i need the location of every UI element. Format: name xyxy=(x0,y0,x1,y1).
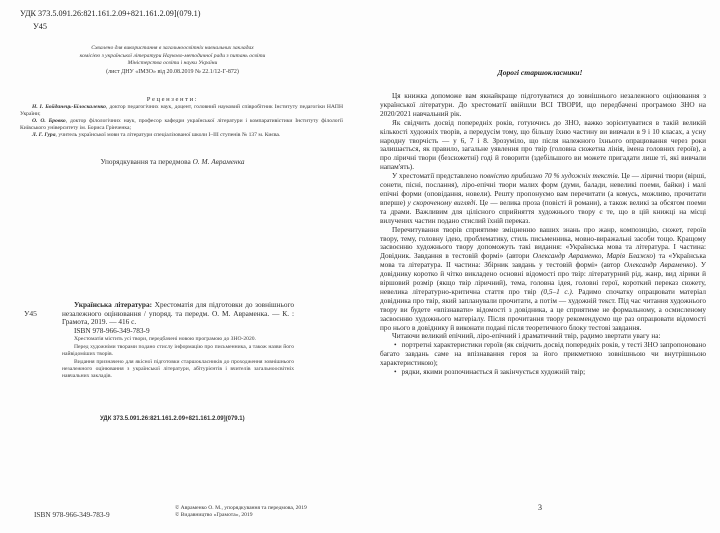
paragraph: Ця книжка допоможе вам якнайкраще підгот… xyxy=(380,92,706,119)
emphasis: Олександр Авраменко xyxy=(624,261,693,269)
catalog-card-title: Українська література: Хрестоматія для п… xyxy=(62,301,294,327)
paragraph: Перечитування творів сприятиме зміцненню… xyxy=(380,226,706,333)
emphasis: Олександр Авраменко xyxy=(533,252,602,260)
preface-title: Дорогі старшокласники! xyxy=(360,68,720,77)
book-spread: УДК 373.5.091.26:821.161.2.09+821.161.2.… xyxy=(0,0,720,533)
catalog-card-note: Хрестоматія містить усі твори, передбаче… xyxy=(62,336,294,343)
catalog-card: Українська література: Хрестоматія для п… xyxy=(62,301,294,380)
approval-notice: Схвалено для використання в загальноосві… xyxy=(40,45,305,76)
preface-body: Ця книжка допоможе вам якнайкраще підгот… xyxy=(380,92,706,377)
compiler-credit: Упорядкування та передмова О. М. Аврамен… xyxy=(0,157,345,166)
reviewer-entry: Н. І. Бойданець-Білоскаленко, доктор пед… xyxy=(20,104,343,118)
reviewers-heading: Рецензенти: xyxy=(0,96,345,103)
copyright-line: © Видавництво «Грамота», 2019 xyxy=(175,512,307,519)
approval-line: комісією з української літератури Науков… xyxy=(40,53,305,61)
paragraph: Як свідчить досвід попередніх років, гот… xyxy=(380,119,706,172)
reviewer-name: О. О. Бровко xyxy=(32,118,66,124)
approval-letter: (лист ДНУ «ІМЗО» від 20.08.2019 № 22.1/1… xyxy=(40,69,305,77)
catalog-card-note: Видання призначено для якісної підготовк… xyxy=(62,359,294,380)
catalog-card-code: У45 xyxy=(24,309,37,318)
bullet-item: портретні характеристики героїв (як свід… xyxy=(380,341,706,368)
paragraph: Читаючи великий епічний, ліро-епічний і … xyxy=(380,332,706,341)
approval-line: Схвалено для використання в загальноосві… xyxy=(40,45,305,53)
udk-code-bottom: УДК 373.5.091.26:821.161.2.09+821.161.2.… xyxy=(100,416,245,422)
reviewer-desc: , учитель української мови та літератури… xyxy=(56,132,281,138)
compiler-prefix: Упорядкування та передмова xyxy=(100,157,190,166)
reviewer-entry: О. О. Бровко, доктор філологічних наук, … xyxy=(20,118,343,132)
catalog-card-isbn: ISBN 978-966-349-783-9 xyxy=(62,327,294,336)
emphasis: у скороченому вигляді xyxy=(408,199,476,207)
right-page: Дорогі старшокласники! Ця книжка допомож… xyxy=(360,0,720,533)
text-run: У хрестоматії представлено xyxy=(392,172,480,180)
reviewer-entry: Л. Г. Гура, учитель української мови та … xyxy=(20,132,343,139)
left-page: УДК 373.5.091.26:821.161.2.09+821.161.2.… xyxy=(0,0,355,533)
reviewers-list: Н. І. Бойданець-Білоскаленко, доктор пед… xyxy=(20,104,343,139)
compiler-name: О. М. Авраменка xyxy=(193,157,245,166)
approval-line: Міністерства освіти і науки України xyxy=(40,60,305,68)
paragraph: У хрестоматії представлено повністю приб… xyxy=(380,172,706,225)
bullet-item: рядки, якими розпочинається й закінчуєть… xyxy=(380,368,706,377)
emphasis: Марія Блажко xyxy=(607,252,653,260)
reviewer-name: Н. І. Бойданець-Білоскаленко xyxy=(32,104,106,110)
author-mark-top: У45 xyxy=(33,22,47,31)
page-number: 3 xyxy=(360,503,720,512)
catalog-card-note: Перед художніми творами подано стислу ін… xyxy=(62,344,294,358)
emphasis: повністю приблизно 70 % художніх текстів xyxy=(480,172,618,180)
isbn-bottom: ISBN 978-966-349-783-9 xyxy=(34,510,110,519)
emphasis: (0,5–1 с.) xyxy=(541,288,572,296)
copyright-line: © Авраменко О. М., упорядкування та пере… xyxy=(175,505,307,512)
reviewer-desc: , доктор філологічних наук, професор каф… xyxy=(20,118,343,131)
udk-code-top: УДК 373.5.091.26:821.161.2.09+821.161.2.… xyxy=(20,9,201,19)
bullet-list: портретні характеристики героїв (як свід… xyxy=(380,341,706,377)
reviewer-name: Л. Г. Гура xyxy=(32,132,56,138)
copyright-block: © Авраменко О. М., упорядкування та пере… xyxy=(175,505,307,519)
